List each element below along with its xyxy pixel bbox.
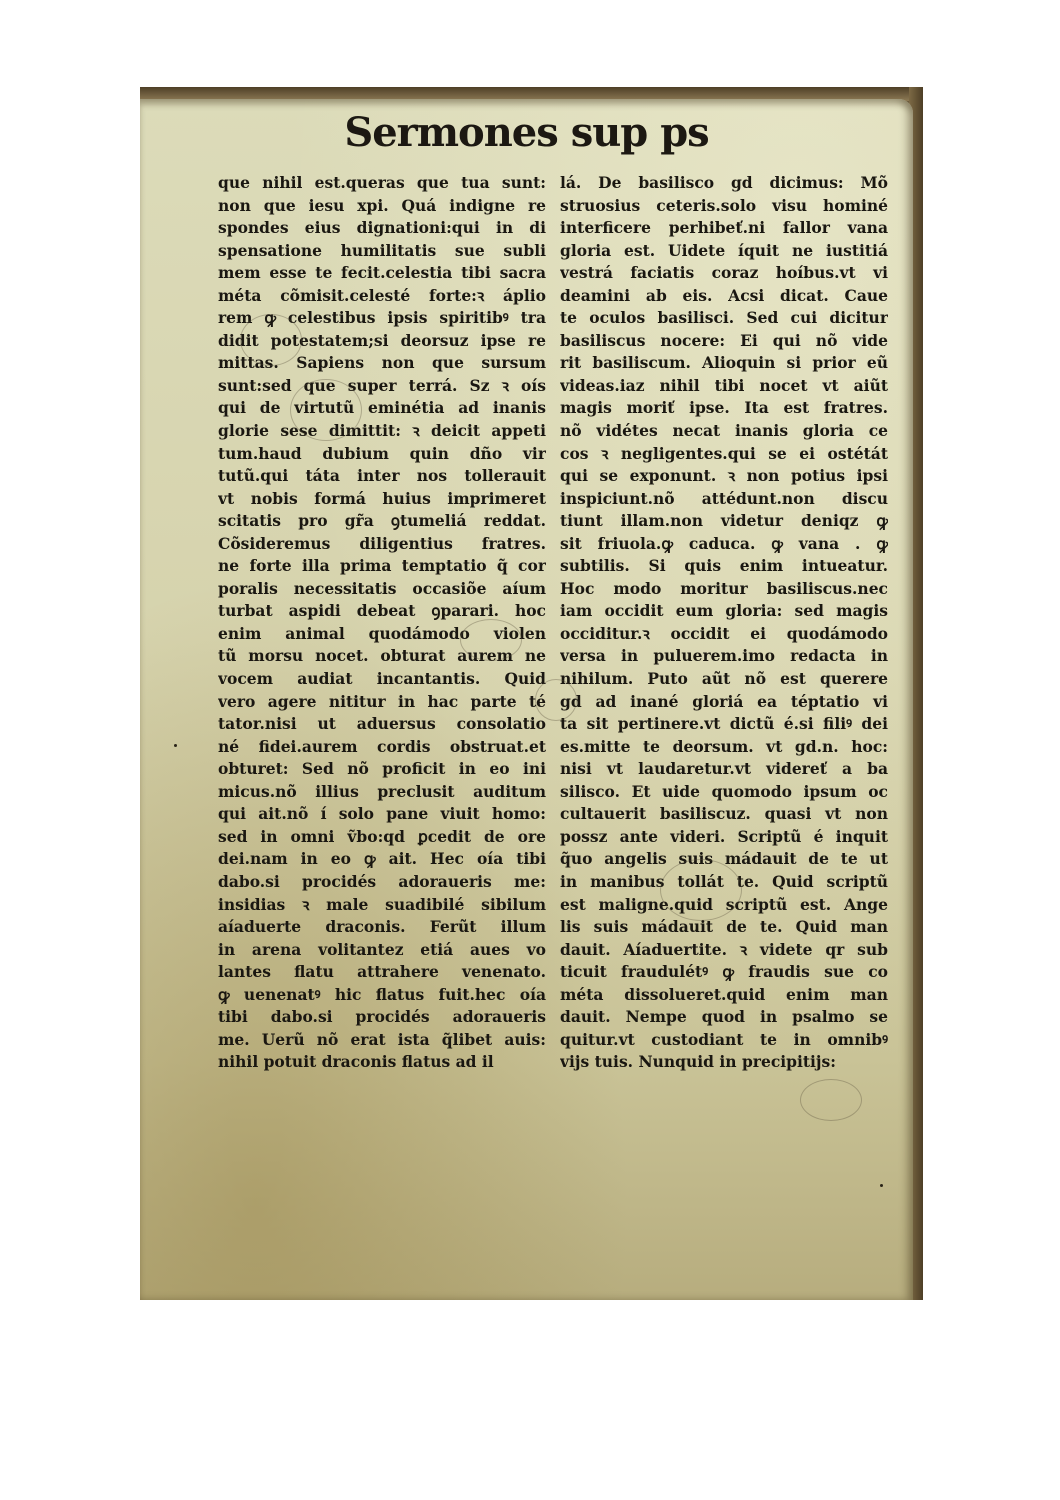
- text-line: magis moriť ipse. Ita est fratres.: [560, 397, 888, 420]
- text-line: vocem audiat incantantis. Quid: [218, 668, 546, 691]
- paper-speck: [174, 744, 177, 747]
- text-line: me. Uerũ nõ erat ista q̃libet auis:: [218, 1029, 546, 1052]
- text-line: rit basiliscum. Alioquin si prior eũ: [560, 352, 888, 375]
- text-line: ꝙ uenenatꝰ hic flatus fuit.hec oía: [218, 984, 546, 1007]
- text-line: turbat aspidi debeat ꝯparari. hoc: [218, 600, 546, 623]
- text-line: es.mitte te deorsum. vt gd.n. hoc:: [560, 736, 888, 759]
- text-line: tibi dabo.si procidés adoraueris: [218, 1006, 546, 1029]
- text-line: spondes eius dignationi:qui in di: [218, 217, 546, 240]
- text-line: videas.iaz nihil tibi nocet vt aiũt: [560, 375, 888, 398]
- text-line: glorie sese dimittit: ꝛ deicit appeti: [218, 420, 546, 443]
- text-line: vestrá faciatis coraz hoíbus.vt vi: [560, 262, 888, 285]
- text-line: nõ vidétes necat inanis gloria ce: [560, 420, 888, 443]
- text-line: obturet: Sed nõ proficit in eo ini: [218, 758, 546, 781]
- text-line: silisco. Et uide quomodo ipsum oc: [560, 781, 888, 804]
- text-line: in manibus tollát te. Quid scriptũ: [560, 871, 888, 894]
- text-line: dabo.si procidés adoraueris me:: [218, 871, 546, 894]
- text-line: Hoc modo moritur basiliscus.nec: [560, 578, 888, 601]
- text-line: aíaduerte draconis. Ferũt illum: [218, 916, 546, 939]
- text-line: méta dissolueret.quid enim man: [560, 984, 888, 1007]
- text-line: versa in puluerem.imo redacta in: [560, 645, 888, 668]
- text-line: né fidei.aurem cordis obstruat.et: [218, 736, 546, 759]
- text-line: poralis necessitatis occasiõe aíum: [218, 578, 546, 601]
- text-line: iam occidit eum gloria: sed magis: [560, 600, 888, 623]
- text-line: mittas. Sapiens non que sursum: [218, 352, 546, 375]
- text-columns: que nihil est.queras que tua sunt:non qu…: [218, 172, 888, 1074]
- text-line: cultauerit basiliscuz. quasi vt non: [560, 803, 888, 826]
- left-column: que nihil est.queras que tua sunt:non qu…: [218, 172, 546, 1074]
- text-line: ta sit pertinere.vt dictũ é.si filiꝰ dei: [560, 713, 888, 736]
- page-scan: Sermones sup ps que nihil est.queras que…: [140, 87, 923, 1300]
- text-line: inspiciunt.nõ attédunt.non discu: [560, 488, 888, 511]
- text-line: rem ꝙ celestibus ipsis spiritibꝰ tra: [218, 307, 546, 330]
- text-line: micus.nõ illius preclusit auditum: [218, 781, 546, 804]
- text-line: subtilis. Si quis enim intueatur.: [560, 555, 888, 578]
- right-column: lá. De basilisco gd dicimus: Mõstruosius…: [560, 172, 888, 1074]
- text-line: nihilum. Puto aũt nõ est querere: [560, 668, 888, 691]
- text-line: spensatione humilitatis sue subli: [218, 240, 546, 263]
- text-line: tũ morsu nocet. obturat aurem ne: [218, 645, 546, 668]
- text-line: basiliscus nocere: Ei qui nõ vide: [560, 330, 888, 353]
- text-line: q̃uo angelis suis mádauit de te ut: [560, 848, 888, 871]
- text-line: deamini ab eis. Acsi dicat. Caue: [560, 285, 888, 308]
- printed-leaf: Sermones sup ps que nihil est.queras que…: [140, 99, 913, 1300]
- text-line: possz ante videri. Scriptũ é inquit: [560, 826, 888, 849]
- text-line: lá. De basilisco gd dicimus: Mõ: [560, 172, 888, 195]
- text-line: méta cõmisit.celesté forte:ꝛ áplio: [218, 285, 546, 308]
- text-line: occiditur.ꝛ occidit ei quodámodo: [560, 623, 888, 646]
- text-line: struosius ceteris.solo visu hominé: [560, 195, 888, 218]
- text-line: ticuit fraudulétꝰ ꝙ fraudis sue co: [560, 961, 888, 984]
- text-line: insidias ꝛ male suadibilé sibilum: [218, 894, 546, 917]
- text-line: nisi vt laudaretur.vt videreť a ba: [560, 758, 888, 781]
- text-line: ne forte illa prima temptatio q̃ cor: [218, 555, 546, 578]
- text-line: vero agere nititur in hac parte té: [218, 691, 546, 714]
- text-line: dauit. Aíaduertite. ꝛ videte qr sub: [560, 939, 888, 962]
- text-line: in arena volitantez etiá aues vo: [218, 939, 546, 962]
- text-line: que nihil est.queras que tua sunt:: [218, 172, 546, 195]
- text-line: qui ait.nõ í solo pane viuit homo:: [218, 803, 546, 826]
- text-line: vijs tuis. Nunquid in precipitijs:: [560, 1051, 888, 1074]
- text-line: non que iesu xpi. Quá indigne re: [218, 195, 546, 218]
- text-line: te oculos basilisci. Sed cui dicitur: [560, 307, 888, 330]
- text-line: tiunt illam.non videtur deniqz ꝙ: [560, 510, 888, 533]
- text-line: Cõsideremus diligentius fratres.: [218, 533, 546, 556]
- text-line: scitatis pro gr̃a ꝯtumeliá reddat.: [218, 510, 546, 533]
- text-line: interficere perhibeť.ni fallor vana: [560, 217, 888, 240]
- text-line: tum.haud dubium quin dño vir: [218, 443, 546, 466]
- text-line: sit friuola.ꝙ caduca. ꝙ vana . ꝙ: [560, 533, 888, 556]
- text-line: sed in omni ṽbo:qd ꝑcedit de ore: [218, 826, 546, 849]
- text-line: qui de virtutũ eminétia ad inanis: [218, 397, 546, 420]
- running-head: Sermones sup ps: [140, 109, 913, 156]
- text-line: vt nobis formá huius imprimeret: [218, 488, 546, 511]
- text-line: gloria est. Uidete íquit ne iustitiá: [560, 240, 888, 263]
- text-line: qui se exponunt. ꝛ non potius ipsi: [560, 465, 888, 488]
- text-line: sunt:sed que super terrá. Sz ꝛ oís: [218, 375, 546, 398]
- text-line: gd ad inané gloriá ea téptatio vi: [560, 691, 888, 714]
- text-line: lantes flatu attrahere venenato.: [218, 961, 546, 984]
- text-line: cos ꝛ negligentes.qui se ei ostétát: [560, 443, 888, 466]
- paper-speck: [880, 1184, 883, 1187]
- text-line: quitur.vt custodiant te in omnibꝰ: [560, 1029, 888, 1052]
- text-line: dauit. Nempe quod in psalmo se: [560, 1006, 888, 1029]
- text-line: didit potestatem;si deorsuz ipse re: [218, 330, 546, 353]
- text-line: mem esse te fecit.celestia tibi sacra: [218, 262, 546, 285]
- text-line: tutũ.qui táta inter nos tollerauit: [218, 465, 546, 488]
- text-line: est maligne.quid scriptũ est. Ange: [560, 894, 888, 917]
- text-line: lis suis mádauit de te. Quid man: [560, 916, 888, 939]
- text-line: tator.nisi ut aduersus consolatio: [218, 713, 546, 736]
- text-line: dei.nam in eo ꝙ ait. Hec oía tibi: [218, 848, 546, 871]
- text-line: enim animal quodámodo violen: [218, 623, 546, 646]
- pen-flourish: [800, 1079, 862, 1121]
- text-line: nihil potuit draconis flatus ad il: [218, 1051, 546, 1074]
